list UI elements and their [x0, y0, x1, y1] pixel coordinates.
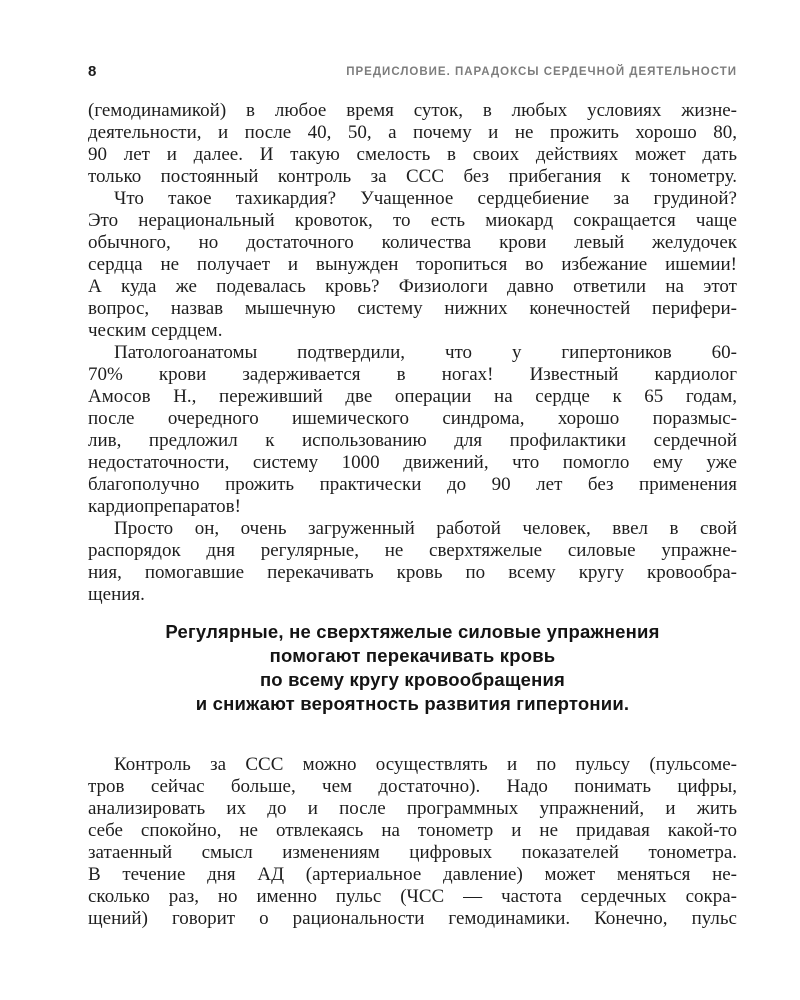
text-line: ческим сердцем. [88, 320, 737, 342]
text-line: лив, предложил к использованию для профи… [88, 430, 737, 452]
body-text: (гемодинамикой) в любое время суток, в л… [88, 100, 737, 930]
text-line: Просто он, очень загруженный работой чел… [88, 518, 737, 540]
text-line: вопрос, назвав мышечную систему нижних к… [88, 298, 737, 320]
text-line: затаенный смысл изменениям цифровых пока… [88, 842, 737, 864]
paragraph: Что такое тахикардия? Учащенное сердцеби… [88, 188, 737, 342]
text-line: 70% крови задерживается в ногах! Известн… [88, 364, 737, 386]
text-line: деятельности, и после 40, 50, а почему и… [88, 122, 737, 144]
text-line: Патологоанатомы подтвердили, что у гипер… [88, 342, 737, 364]
highlight-line: по всему кругу кровообращения [88, 668, 737, 692]
paragraph: Патологоанатомы подтвердили, что у гипер… [88, 342, 737, 518]
book-page: 8 ПРЕДИСЛОВИЕ. ПАРАДОКСЫ СЕРДЕЧНОЙ ДЕЯТЕ… [0, 0, 800, 1000]
text-line: Это нерациональный кровоток, то есть мио… [88, 210, 737, 232]
text-line: благополучно прожить практически до 90 л… [88, 474, 737, 496]
highlight-line: и снижают вероятность развития гипертони… [88, 692, 737, 716]
text-line: анализировать их до и после программных … [88, 798, 737, 820]
running-title: ПРЕДИСЛОВИЕ. ПАРАДОКСЫ СЕРДЕЧНОЙ ДЕЯТЕЛЬ… [346, 64, 737, 80]
text-line: себе спокойно, не отвлекаясь на тонометр… [88, 820, 737, 842]
text-line: обычного, но достаточного количества кро… [88, 232, 737, 254]
paragraph: (гемодинамикой) в любое время суток, в л… [88, 100, 737, 188]
highlight-line: помогают перекачивать кровь [88, 644, 737, 668]
text-line: (гемодинамикой) в любое время суток, в л… [88, 100, 737, 122]
paragraph: Контроль за ССС можно осуществлять и по … [88, 754, 737, 930]
text-line: после очередного ишемического синдрома, … [88, 408, 737, 430]
text-line: ния, помогавшие перекачивать кровь по вс… [88, 562, 737, 584]
text-line: В течение дня АД (артериальное давление)… [88, 864, 737, 886]
highlight-line: Регулярные, не сверхтяжелые силовые упра… [88, 620, 737, 644]
text-line: сердца не получает и вынужден торопиться… [88, 254, 737, 276]
page-content: 8 ПРЕДИСЛОВИЕ. ПАРАДОКСЫ СЕРДЕЧНОЙ ДЕЯТЕ… [88, 64, 737, 930]
text-line: распорядок дня регулярные, не сверхтяжел… [88, 540, 737, 562]
text-line: только постоянный контроль за ССС без пр… [88, 166, 737, 188]
page-header: 8 ПРЕДИСЛОВИЕ. ПАРАДОКСЫ СЕРДЕЧНОЙ ДЕЯТЕ… [88, 64, 737, 80]
text-line: щения. [88, 584, 737, 606]
text-line: кардиопрепаратов! [88, 496, 737, 518]
text-line: недостаточности, систему 1000 движений, … [88, 452, 737, 474]
paragraph: Просто он, очень загруженный работой чел… [88, 518, 737, 606]
page-number: 8 [88, 64, 96, 80]
text-line: тров сейчас больше, чем достаточно). Над… [88, 776, 737, 798]
text-line: Амосов Н., переживший две операции на се… [88, 386, 737, 408]
text-line: 90 лет и далее. И такую смелость в своих… [88, 144, 737, 166]
text-line: Контроль за ССС можно осуществлять и по … [88, 754, 737, 776]
text-line: А куда же подевалась кровь? Физиологи да… [88, 276, 737, 298]
text-line: щений) говорит о рациональности гемодина… [88, 908, 737, 930]
text-line: Что такое тахикардия? Учащенное сердцеби… [88, 188, 737, 210]
text-line: сколько раз, но именно пульс (ЧСС — част… [88, 886, 737, 908]
highlight-block: Регулярные, не сверхтяжелые силовые упра… [88, 620, 737, 716]
